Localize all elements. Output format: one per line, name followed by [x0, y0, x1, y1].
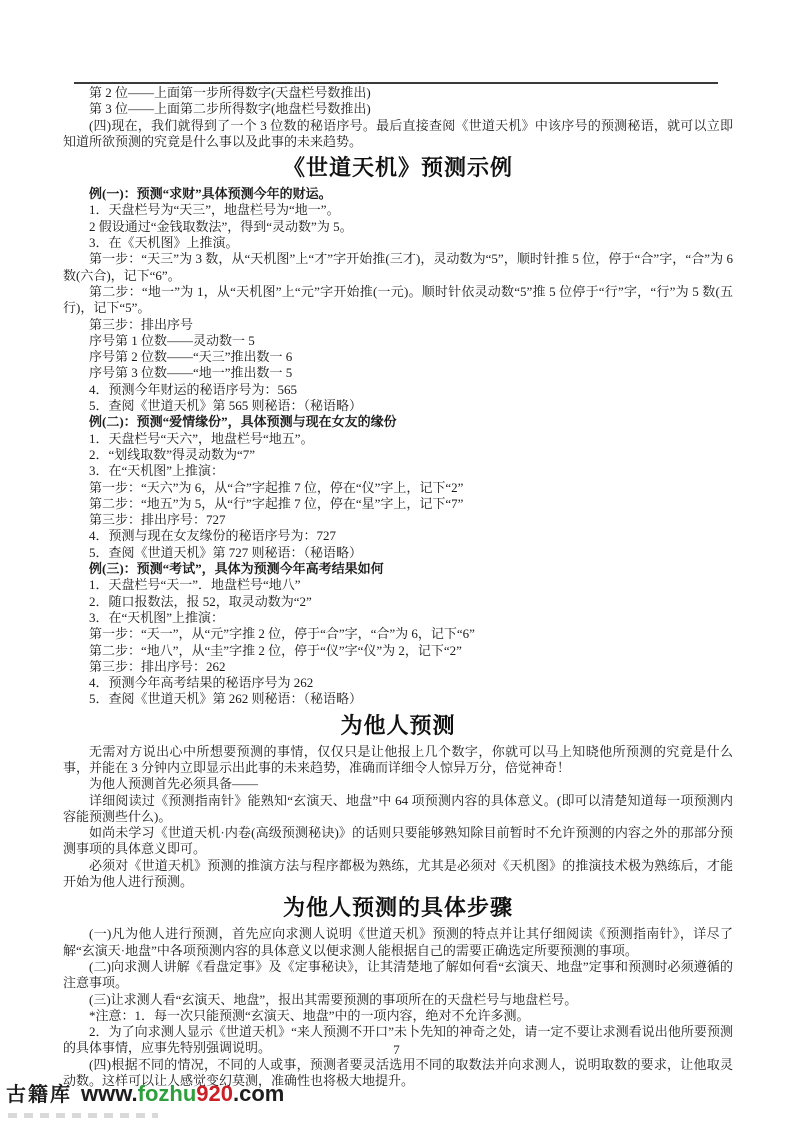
paragraph: 1．天盘栏号“天一”．地盘栏号“地八”	[63, 577, 733, 593]
paragraph: 4．预测与现在女友缘份的秘语序号为：727	[63, 528, 733, 544]
paragraph: 第二步：“地八”，从“圭”字推 2 位，停于“仪”字“仪”为 2，记下“2”	[63, 643, 733, 659]
paragraph: 5．查阅《世道天机》第 262 则秘语：（秘语略）	[63, 691, 733, 707]
example-heading: 例(二)：预测“爱情缘份”，具体预测与现在女友的缘份	[63, 414, 733, 430]
site-name-label: 古籍库	[6, 1084, 72, 1106]
paragraph: (四)现在，我们就得到了一个 3 位数的秘语序号。最后直接查阅《世道天机》中该序…	[63, 118, 733, 151]
paragraph: 第一步：“天一”，从“元”字推 2 位，停于“合”字，“合”为 6，记下“6”	[63, 626, 733, 642]
paragraph: 序号第 3 位数——“地一”推出数一 5	[63, 365, 733, 381]
paragraph: 3．在《天机图》上推演。	[63, 235, 733, 251]
paragraph: 1．天盘栏号为“天三”，地盘栏号为“地一”。	[63, 202, 733, 218]
example-heading: 例(三)：预测“考试”，具体为预测今年高考结果如何	[63, 561, 733, 577]
paragraph: 详细阅读过《预测指南针》能熟知“玄演天、地盘”中 64 项预测内容的具体意义。(…	[63, 793, 733, 826]
cropped-text-artifact	[8, 1113, 158, 1118]
paragraph: 4．预测今年财运的秘语序号为：565	[63, 382, 733, 398]
paragraph: 如尚未学习《世道天机·内卷(高级预测秘诀)》的话则只要能够熟知除目前暂时不允许预…	[63, 825, 733, 858]
paragraph: 第二步：“地五”为 5，从“行”字起推 7 位，停在“星”字上，记下“7”	[63, 496, 733, 512]
paragraph: 第 3 位——上面第二步所得数字(地盘栏号数推出)	[63, 101, 733, 117]
paragraph: 2．随口报数法，报 52，取灵动数为“2”	[63, 594, 733, 610]
paragraph: 无需对方说出心中所想要预测的事情，仅仅只是让他报上几个数字，你就可以马上知晓他所…	[63, 744, 733, 777]
paragraph: 2．“划线取数”得灵动数为“7”	[63, 447, 733, 463]
paragraph: 第三步：排出序号	[63, 317, 733, 333]
site-url-www: www.	[81, 1081, 138, 1106]
document-body: 第 2 位——上面第一步所得数字(天盘栏号数推出)第 3 位——上面第二步所得数…	[63, 85, 733, 1089]
paragraph: (二)向求测人讲解《看盘定事》及《定事秘诀》，让其清楚地了解如何看“玄演天、地盘…	[63, 959, 733, 992]
paragraph: 5．查阅《世道天机》第 565 则秘语：（秘语略）	[63, 398, 733, 414]
paragraph: 1．天盘栏号“天六”，地盘栏号“地五”。	[63, 431, 733, 447]
paragraph: 第 2 位——上面第一步所得数字(天盘栏号数推出)	[63, 85, 733, 101]
paragraph: 2 假设通过“金钱取数法”，得到“灵动数”为 5。	[63, 219, 733, 235]
page-number: 7	[0, 1042, 793, 1058]
site-url-green-part: fozhu	[138, 1081, 197, 1106]
header-rule	[74, 82, 718, 84]
paragraph: 为他人预测首先必须具备——	[63, 776, 733, 792]
paragraph: 第一步：“天六”为 6，从“合”字起推 7 位，停在“仪”字上，记下“2”	[63, 480, 733, 496]
site-url-red-part: 920	[196, 1081, 233, 1106]
scanned-book-page: 第 2 位——上面第一步所得数字(天盘栏号数推出)第 3 位——上面第二步所得数…	[0, 0, 793, 1122]
site-url-tld: .com	[233, 1081, 284, 1106]
paragraph: 序号第 2 位数——“天三”推出数一 6	[63, 349, 733, 365]
paragraph: 第三步：排出序号：262	[63, 659, 733, 675]
paragraph: 第二步：“地一”为 1，从“天机图”上“元”字开始推(一元)。顺时针依灵动数“5…	[63, 284, 733, 317]
section-heading: 《世道天机》预测示例	[63, 155, 733, 181]
paragraph: 3．在“天机图”上推演：	[63, 610, 733, 626]
paragraph: 第一步：“天三”为 3 数，从“天机图”上“才”字开始推(三才)，灵动数为“5”…	[63, 251, 733, 284]
section-heading: 为他人预测	[63, 713, 733, 739]
paragraph: (三)让求测人看“玄演天、地盘”，报出其需要预测的事项所在的天盘栏号与地盘栏号。	[63, 992, 733, 1008]
paragraph: (一)凡为他人进行预测，首先应向求测人说明《世道天机》预测的特点并让其仔细阅读《…	[63, 926, 733, 959]
paragraph: *注意：1．每一次只能预测“玄演天、地盘”中的一项内容，绝对不允许多测。	[63, 1008, 733, 1024]
footer-site-logo: 古籍库www.fozhu920.com	[6, 1081, 284, 1108]
section-heading: 为他人预测的具体步骤	[63, 895, 733, 921]
paragraph: 3．在“天机图”上推演：	[63, 463, 733, 479]
paragraph: 序号第 1 位数——灵动数一 5	[63, 333, 733, 349]
paragraph: 必须对《世道天机》预测的推演方法与程序都极为熟练，尤其是必须对《天机图》的推演技…	[63, 858, 733, 891]
paragraph: 5．查阅《世道天机》第 727 则秘语：（秘语略）	[63, 545, 733, 561]
example-heading: 例(一)：预测“求财”具体预测今年的财运。	[63, 186, 733, 202]
paragraph: 4．预测今年高考结果的秘语序号为 262	[63, 675, 733, 691]
paragraph: 第三步：排出序号：727	[63, 512, 733, 528]
